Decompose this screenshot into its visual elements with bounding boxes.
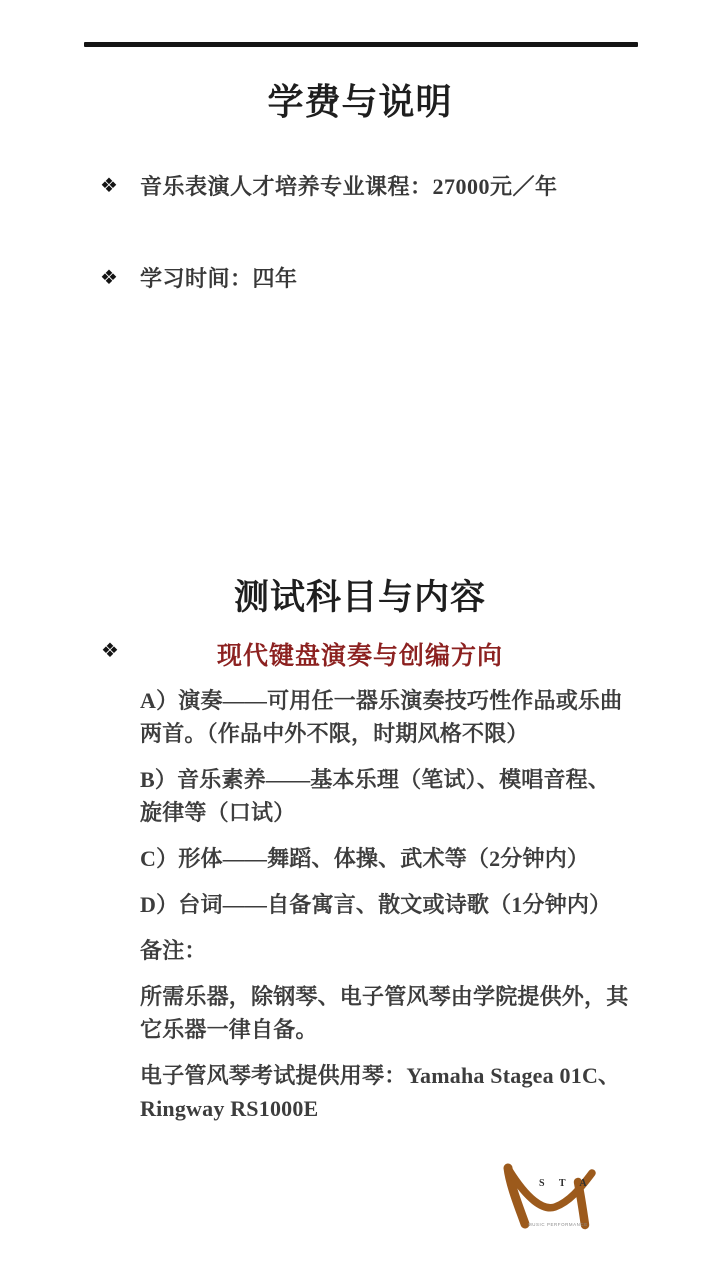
item-b-music-literacy: B）音乐素养——基本乐理（笔试）、模唱音程、旋律等（口试） [140,763,630,829]
top-divider-rule [84,42,638,47]
diamond-bullet-icon: ❖ [100,268,118,288]
tuition-section-title: 学费与说明 [0,74,720,125]
diamond-bullet-icon: ❖ [100,176,118,196]
test-content-block: A）演奏——可用任一器乐演奏技巧性作品或乐曲两首。（作品中外不限，时期风格不限）… [140,684,630,1138]
item-a-performance: A）演奏——可用任一器乐演奏技巧性作品或乐曲两首。（作品中外不限，时期风格不限） [140,684,630,750]
logo-subtext: MUSIC PERFORMANCE [528,1222,588,1227]
keyboard-major-heading: 现代键盘演奏与创编方向 [0,636,720,672]
test-section-title: 测试科目与内容 [0,570,720,620]
remark-organ-models: 电子管风琴考试提供用琴：Yamaha Stagea 01C、Ringway RS… [140,1059,630,1125]
study-duration-line: 学习时间：四年 [140,262,298,293]
remark-label: 备注： [140,934,630,967]
tuition-fee-line: 音乐表演人才培养专业课程：27000元／年 [140,170,558,201]
music-performance-logo: S T A MUSIC PERFORMANCE [495,1155,630,1245]
stylized-m-icon [508,1168,592,1225]
logo-sta-letters: S T A [539,1178,593,1189]
remark-instruments: 所需乐器，除钢琴、电子管风琴由学院提供外，其它乐器一律自备。 [140,980,630,1046]
item-d-lines: D）台词——自备寓言、散文或诗歌（1分钟内） [140,888,630,921]
document-page: 学费与说明 ❖ 音乐表演人才培养专业课程：27000元／年 ❖ 学习时间：四年 … [0,0,720,1280]
item-c-physique: C）形体——舞蹈、体操、武术等（2分钟内） [140,842,630,875]
